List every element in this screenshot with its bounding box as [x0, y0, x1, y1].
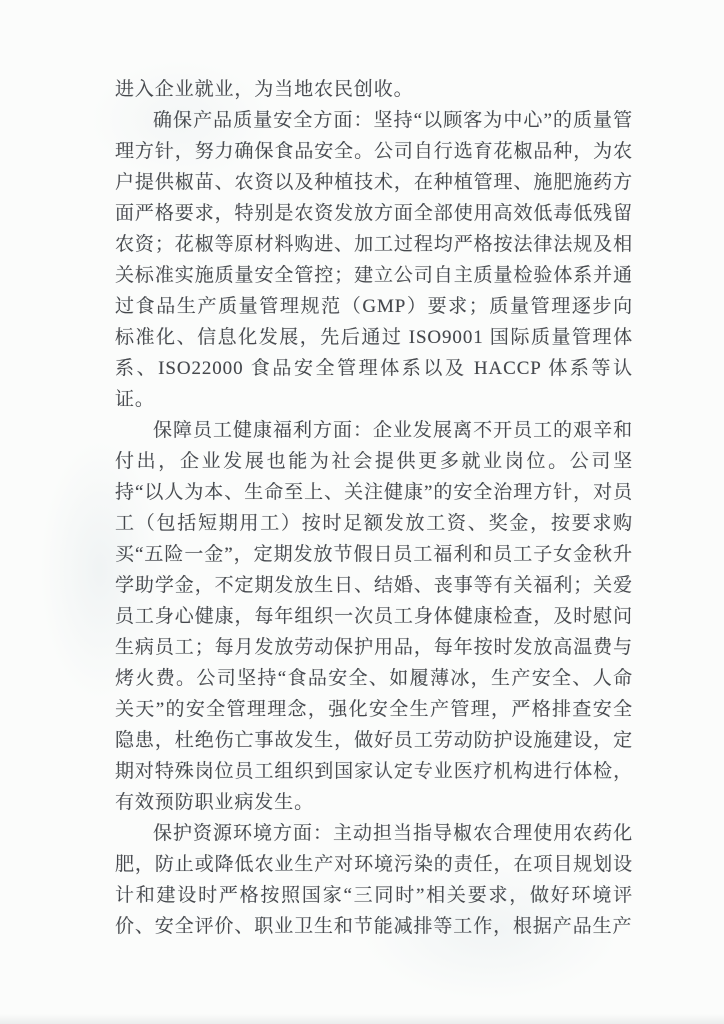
document-page: 进入企业就业，为当地农民创收。 确保产品质量安全方面：坚持“以顾客为中心”的质量… — [0, 0, 724, 1024]
page-edge-shadow — [0, 1014, 724, 1024]
paragraph-resource-environment-protection: 保护资源环境方面：主动担当指导椒农合理使用农药化肥，防止或降低农业生产对环境污染… — [115, 818, 633, 942]
body-text: 进入企业就业，为当地农民创收。 确保产品质量安全方面：坚持“以顾客为中心”的质量… — [115, 74, 633, 942]
paragraph-product-quality-safety: 确保产品质量安全方面：坚持“以顾客为中心”的质量管理方针，努力确保食品安全。公司… — [115, 105, 633, 415]
paragraph-continuation: 进入企业就业，为当地农民创收。 — [115, 74, 633, 105]
paragraph-employee-health-welfare: 保障员工健康福利方面：企业发展离不开员工的艰辛和付出，企业发展也能为社会提供更多… — [115, 415, 633, 818]
